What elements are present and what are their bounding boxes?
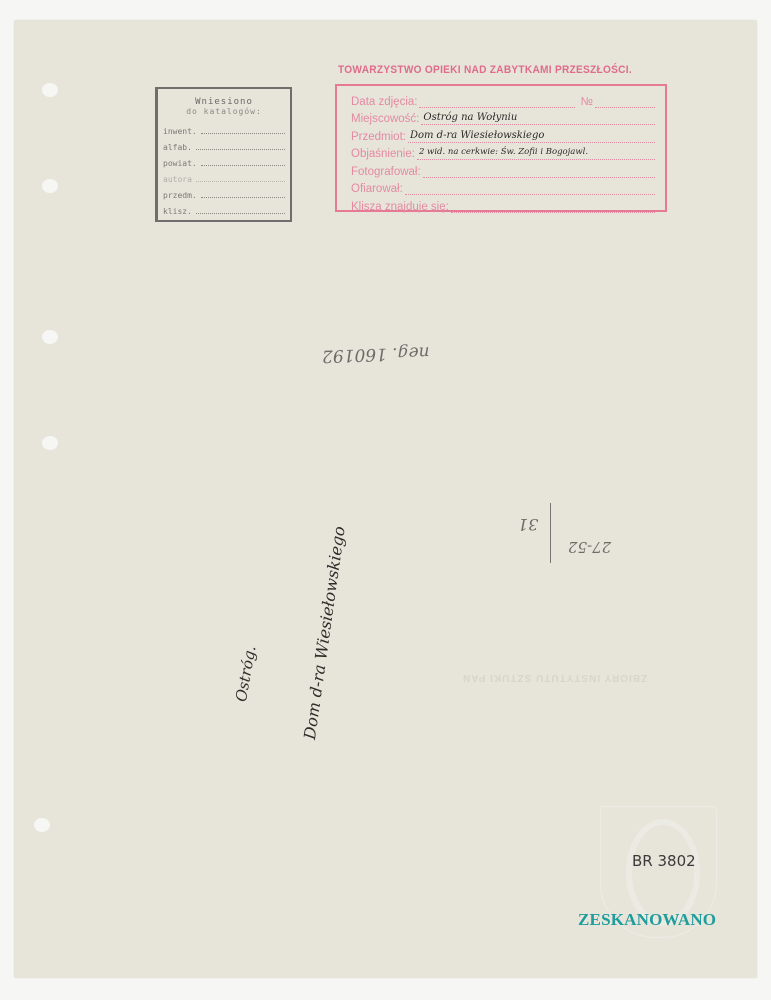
date-value	[419, 107, 574, 108]
field-donor: Ofiarował:	[351, 178, 655, 196]
donor-value	[405, 194, 655, 195]
catalog-row-label: powiat.	[163, 159, 197, 168]
punch-hole	[42, 436, 58, 450]
punch-hole	[42, 83, 58, 97]
catalog-row: autora	[158, 168, 290, 184]
negative-value	[451, 212, 655, 213]
field-subject: Przedmiot: Dom d-ra Wiesiełowskiego	[351, 125, 655, 143]
scanned-stamp: ZESKANOWANO	[578, 910, 716, 930]
faint-institute-stamp: ZBIORY INSTYTUTU SZTUKI PAN	[462, 672, 647, 683]
punch-hole	[42, 179, 58, 193]
photographer-label: Fotografował:	[351, 166, 421, 178]
catalog-row: klisz.	[158, 200, 290, 216]
number-value	[595, 107, 655, 108]
photographer-value	[423, 177, 655, 178]
subject-label: Przedmiot:	[351, 131, 406, 143]
society-stamp: Data zdjęcia: № Miejscowość: Ostróg na W…	[335, 84, 667, 212]
explanation-value: 2 wid. na cerkwie: Św. Zofii i Bogojawl.	[417, 146, 655, 160]
number-label: №	[581, 96, 593, 108]
catalog-row: przedm.	[158, 184, 290, 200]
catalog-row-label: przedm.	[163, 191, 197, 200]
catalog-row: powiat.	[158, 152, 290, 168]
catalog-row-label: autora	[163, 175, 192, 184]
catalog-row: alfab.	[158, 136, 290, 152]
mark-27-52: 27-52	[568, 538, 611, 556]
donor-label: Ofiarował:	[351, 183, 403, 195]
punch-hole	[42, 330, 58, 344]
catalog-stamp-subtitle: do katalogów:	[158, 107, 290, 116]
catalog-stamp: Wniesiono do katalogów: inwent. alfab. p…	[155, 87, 292, 222]
inventory-number: neg. 160192	[322, 342, 430, 366]
negative-label: Klisza znajduje się:	[351, 201, 449, 213]
catalog-row-label: alfab.	[163, 143, 192, 152]
archive-code: BR 3802	[632, 852, 696, 870]
place-label: Miejscowość:	[351, 113, 419, 125]
catalog-row-label: klisz.	[163, 207, 192, 216]
catalog-stamp-title: Wniesiono	[158, 97, 290, 107]
mark-31: 31	[518, 515, 538, 534]
punch-hole	[34, 818, 50, 832]
subject-value: Dom d-ra Wiesiełowskiego	[408, 129, 655, 143]
place-value: Ostróg na Wołyniu	[421, 111, 655, 125]
explanation-label: Objaśnienie:	[351, 148, 415, 160]
field-date: Data zdjęcia: №	[351, 90, 655, 108]
society-stamp-title: TOWARZYSTWO OPIEKI NAD ZABYTKAMI PRZESZŁ…	[338, 64, 646, 76]
field-photographer: Fotografował:	[351, 160, 655, 178]
divider-line	[550, 503, 551, 563]
field-place: Miejscowość: Ostróg na Wołyniu	[351, 108, 655, 126]
catalog-row-label: inwent.	[163, 127, 197, 136]
date-label: Data zdjęcia:	[351, 96, 417, 108]
field-negative: Klisza znajduje się:	[351, 195, 655, 213]
field-explanation: Objaśnienie: 2 wid. na cerkwie: Św. Zofi…	[351, 143, 655, 161]
catalog-row: inwent.	[158, 120, 290, 136]
